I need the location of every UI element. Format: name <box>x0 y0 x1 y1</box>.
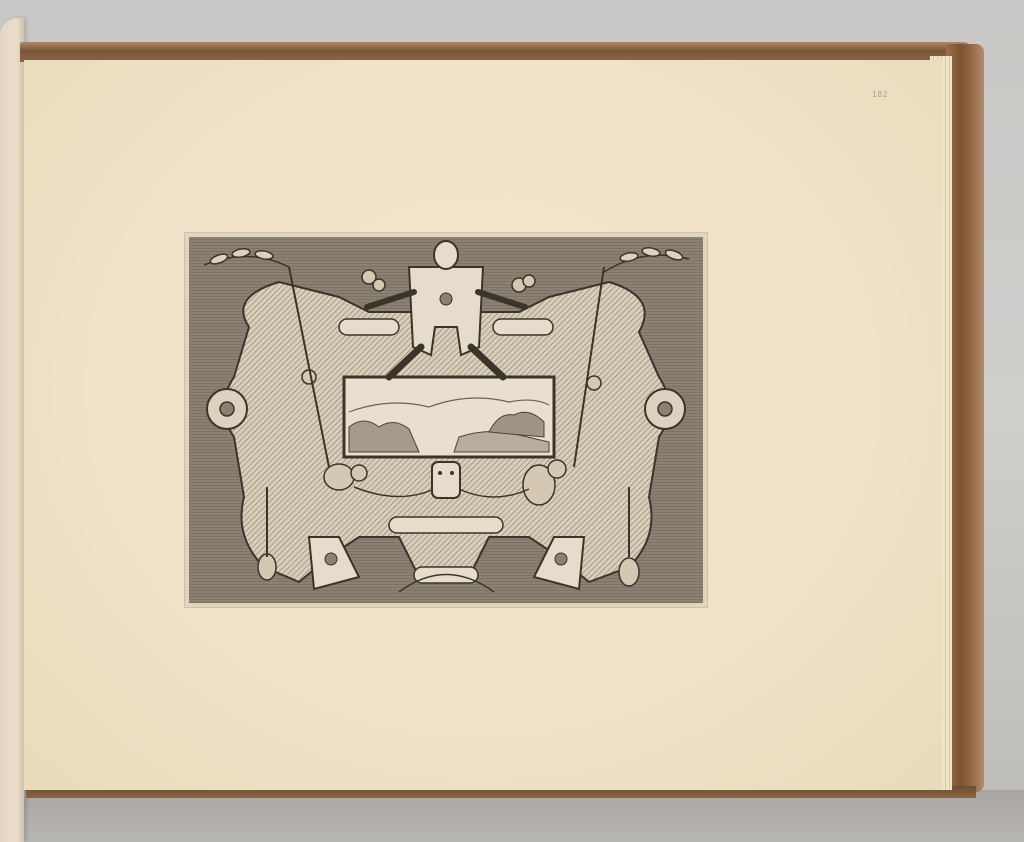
engraving <box>189 237 703 603</box>
cartouche-illustration <box>189 237 703 603</box>
page-number: 182 <box>872 90 888 99</box>
previous-page-edge[interactable] <box>0 18 24 842</box>
book-cover-top-edge <box>20 42 970 62</box>
lion-mask <box>432 462 460 498</box>
print-plate <box>185 233 707 607</box>
landscape-vignette <box>344 377 554 457</box>
